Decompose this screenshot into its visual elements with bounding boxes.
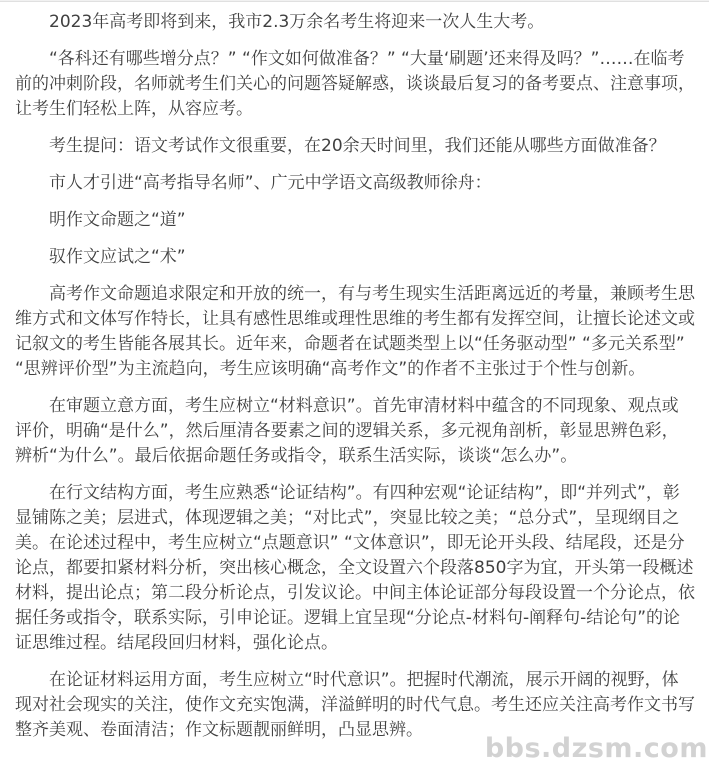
paragraph-teacher-intro: 市人才引进“高考指导名师”、广元中学语文高级教师徐舟： xyxy=(15,171,695,196)
paragraph-subheading-dao: 明作文命题之“道” xyxy=(15,208,695,233)
paragraph-structure: 在行文结构方面，考生应熟悉“论证结构”。有四种宏观“论证结构”，即“并列式”，彰… xyxy=(15,481,695,656)
paragraph-material-awareness: 在审题立意方面，考生应树立“材料意识”。首先审清材料中蕴含的不同现象、观点或评价… xyxy=(15,394,695,469)
paragraph-subheading-shu: 驭作文应试之“术” xyxy=(15,245,695,270)
paragraph-era-awareness: 在论证材料运用方面，考生应树立“时代意识”。把握时代潮流，展示开阔的视野，体现对… xyxy=(15,668,695,743)
paragraph-topic-trends: 高考作文命题追求限定和开放的统一，有与考生现实生活距离远近的考量，兼顾考生思维方… xyxy=(15,282,695,382)
paragraph-student-question: 考生提问：语文考试作文很重要，在20余天时间里，我们还能从哪些方面做准备？ xyxy=(15,134,695,159)
article-body: 2023年高考即将到来，我市2.3万余名考生将迎来一次人生大考。 “各科还有哪些… xyxy=(0,2,709,743)
paragraph-intro: 2023年高考即将到来，我市2.3万余名考生将迎来一次人生大考。 xyxy=(15,10,695,35)
paragraph-questions: “各科还有哪些增分点？” “作文如何做准备？” “大量‘刷题’还来得及吗？”……… xyxy=(15,47,695,122)
